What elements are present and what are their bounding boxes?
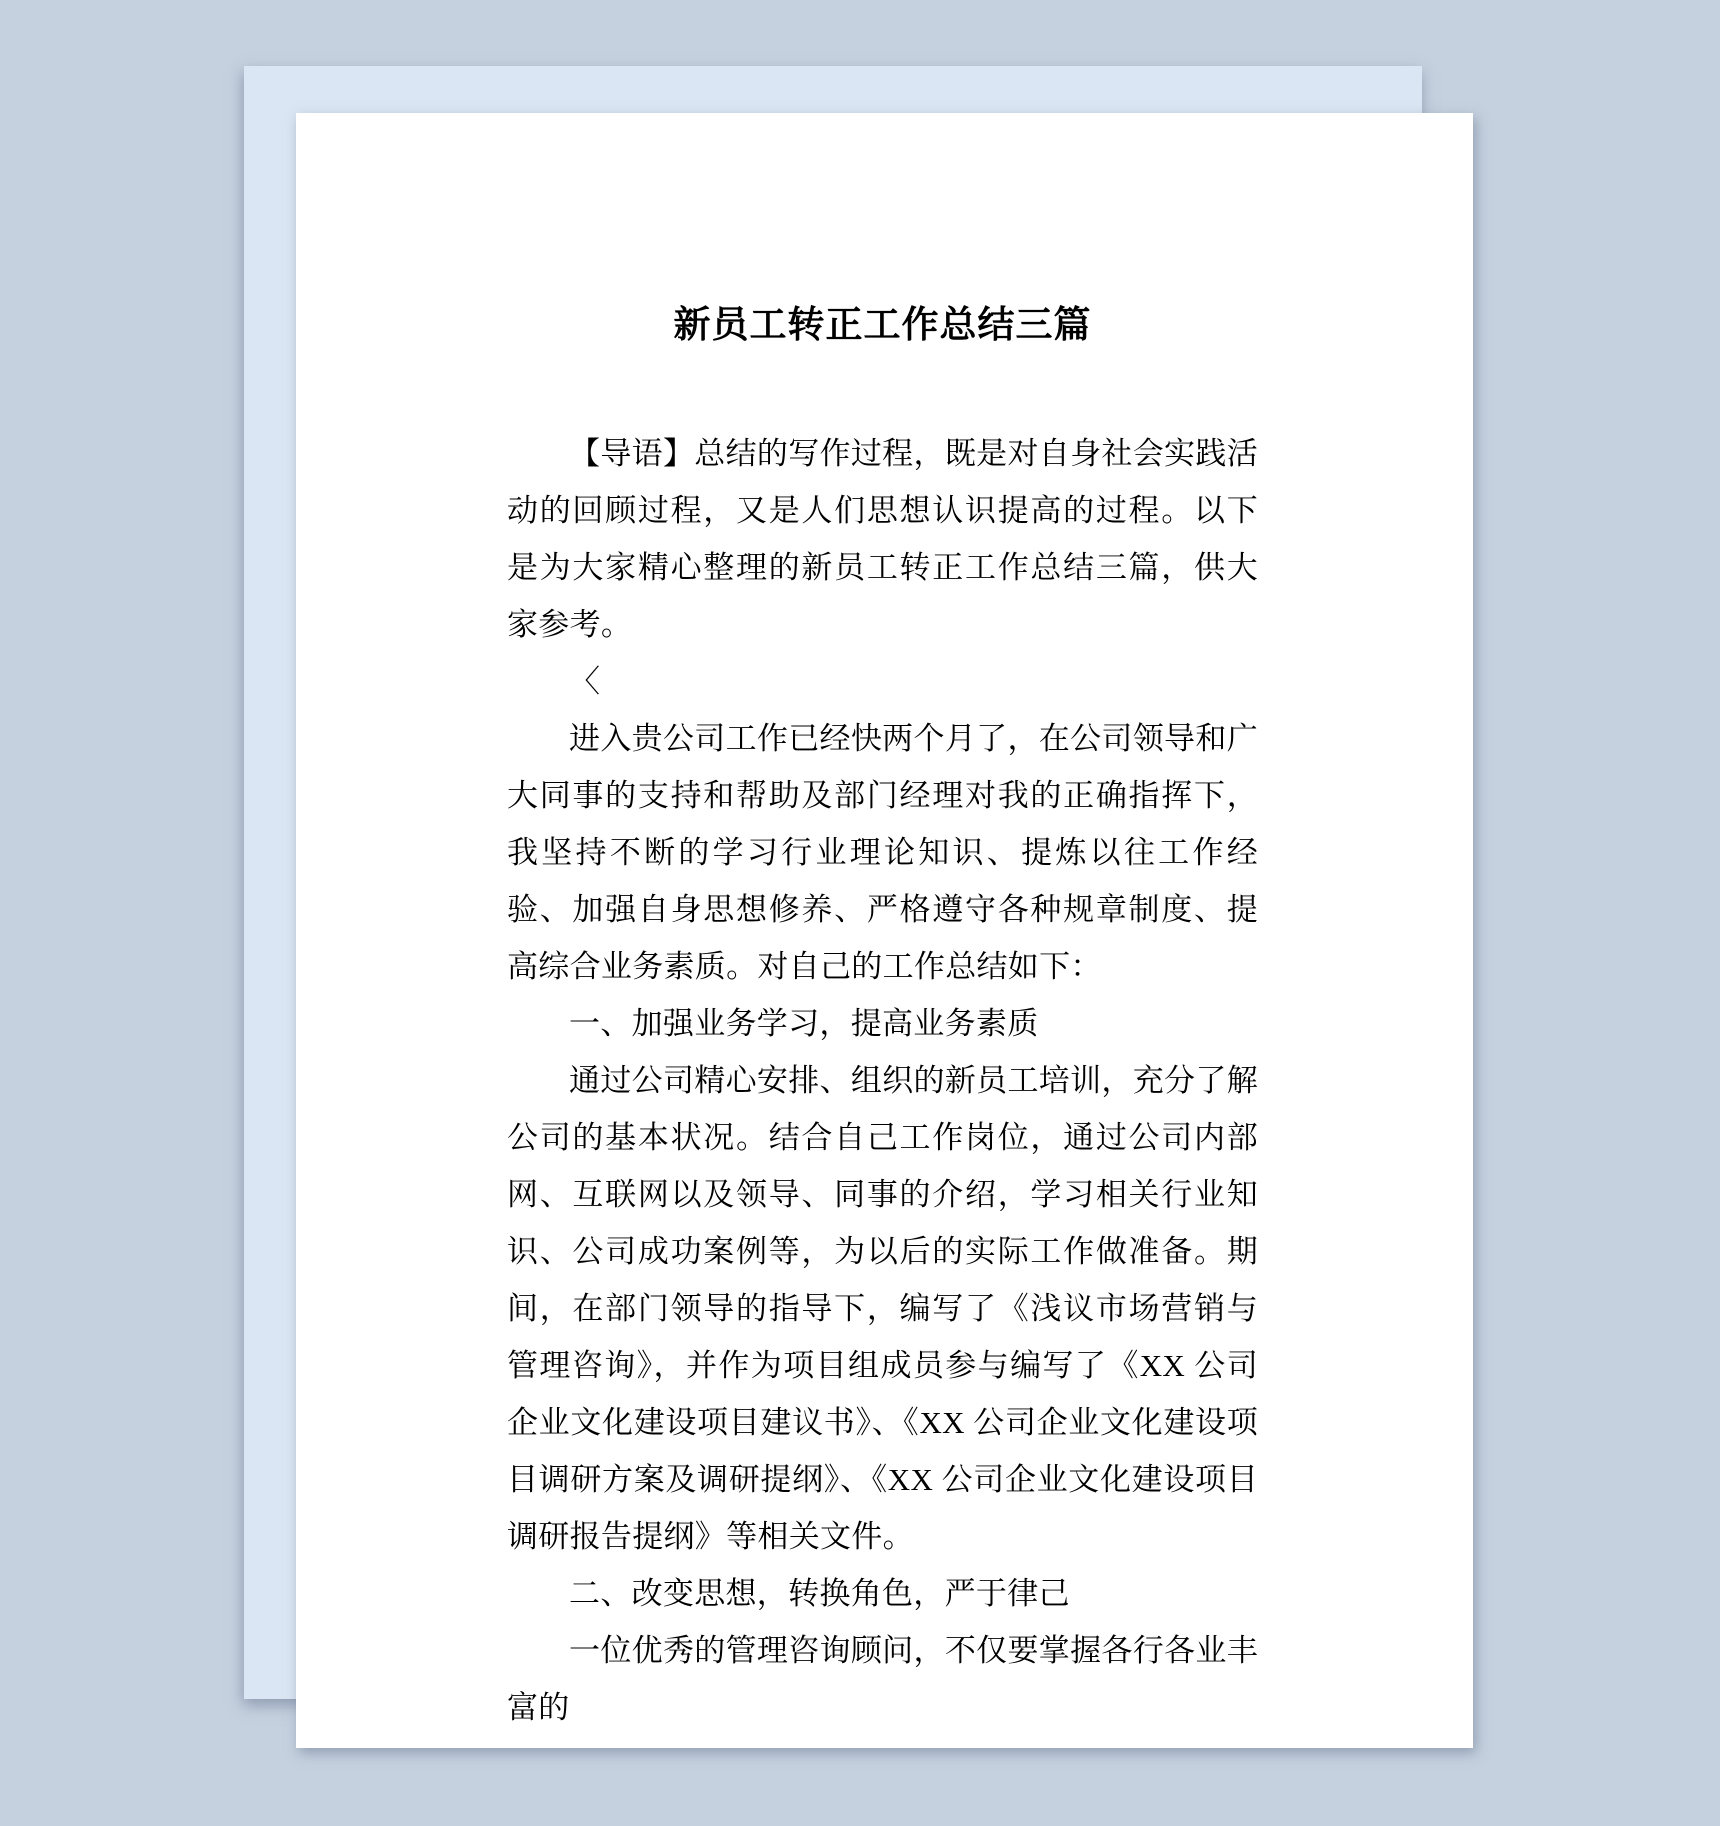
section-heading-2: 二、改变思想，转换角色，严于律己 xyxy=(507,1565,1258,1622)
section-1-paragraph: 通过公司精心安排、组织的新员工培训，充分了解公司的基本状况。结合自己工作岗位，通… xyxy=(507,1052,1258,1565)
section-heading-1: 一、加强业务学习，提高业务素质 xyxy=(507,995,1258,1052)
section-2-paragraph: 一位优秀的管理咨询顾问，不仅要掌握各行各业丰富的 xyxy=(507,1622,1258,1736)
document-page: 新员工转正工作总结三篇 【导语】总结的写作过程，既是对自身社会实践活动的回顾过程… xyxy=(296,113,1473,1748)
intro-paragraph: 【导语】总结的写作过程，既是对自身社会实践活动的回顾过程，又是人们思想认识提高的… xyxy=(507,425,1258,653)
opening-paragraph: 进入贵公司工作已经快两个月了，在公司领导和广大同事的支持和帮助及部门经理对我的正… xyxy=(507,710,1258,995)
stray-angle-bracket-line: 〈 xyxy=(507,653,1258,710)
document-body: 【导语】总结的写作过程，既是对自身社会实践活动的回顾过程，又是人们思想认识提高的… xyxy=(507,425,1258,1736)
desk-background: 新员工转正工作总结三篇 【导语】总结的写作过程，既是对自身社会实践活动的回顾过程… xyxy=(0,0,1720,1826)
page-title: 新员工转正工作总结三篇 xyxy=(507,303,1258,347)
